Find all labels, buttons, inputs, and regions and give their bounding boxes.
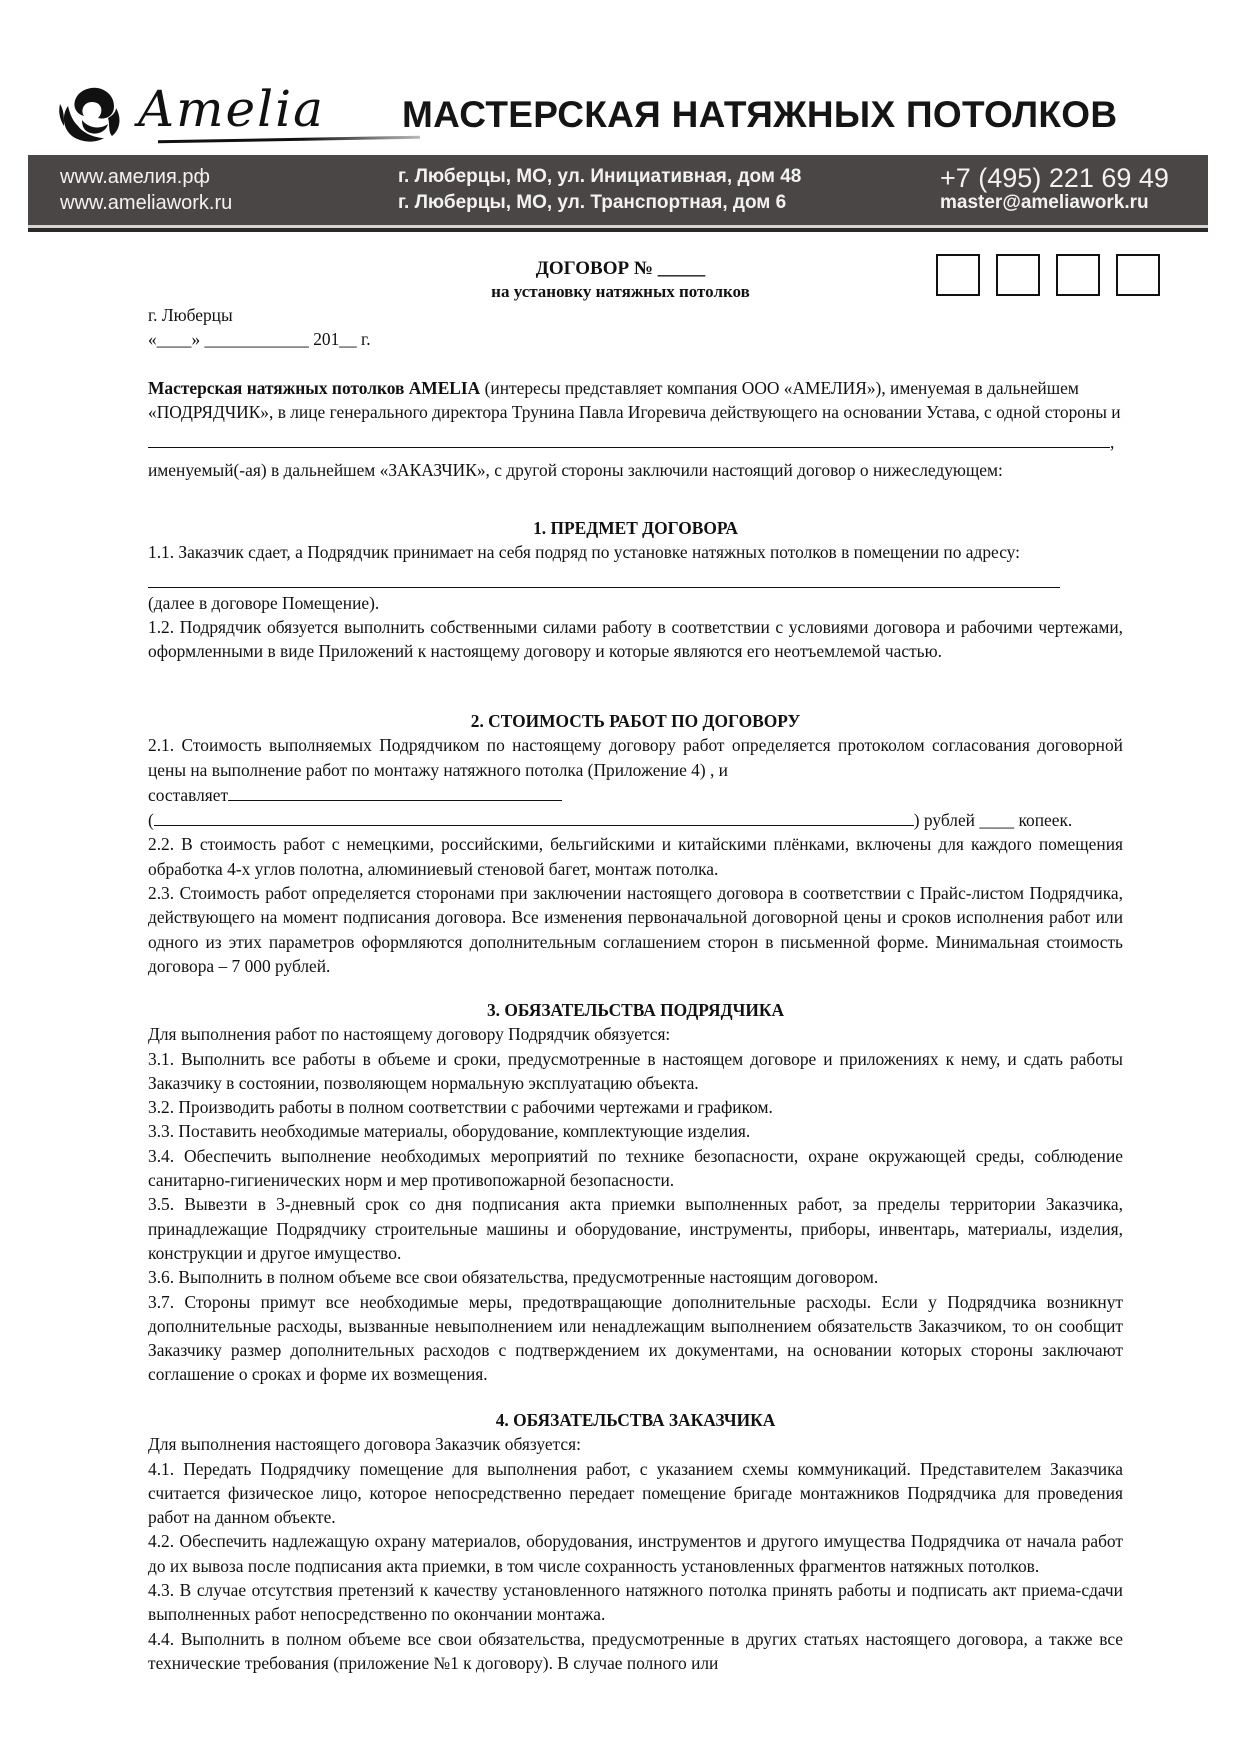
empty-checkbox[interactable] (1116, 254, 1160, 296)
section-intro: Для выполнения настоящего договора Заказ… (148, 1432, 1123, 1456)
customer-name-line: , (148, 429, 1123, 454)
websites: www.амелия.рф www.ameliawork.ru (60, 164, 232, 216)
amount-words-line: () рублей ____ копеек. (148, 807, 1123, 832)
clause-3-4: 3.4. Обеспечить выполнение необходимых м… (148, 1144, 1123, 1193)
clause-3-6: 3.6. Выполнить в полном объеме все свои … (148, 1265, 1123, 1289)
section-3: 3. ОБЯЗАТЕЛЬСТВА ПОДРЯДЧИКА Для выполнен… (148, 998, 1123, 1387)
address-field[interactable] (148, 565, 1060, 588)
customer-paragraph: именуемый(-ая) в дальнейшем «ЗАКАЗЧИК», … (148, 458, 1123, 482)
section-4: 4. ОБЯЗАТЕЛЬСТВА ЗАКАЗЧИКА Для выполнени… (148, 1408, 1123, 1675)
clause-3-2: 3.2. Производить работы в полном соответ… (148, 1095, 1123, 1119)
clause-1-2: 1.2. Подрядчик обязуется выполнить собст… (148, 615, 1123, 664)
section-heading: 3. ОБЯЗАТЕЛЬСТВА ПОДРЯДЧИКА (148, 998, 1123, 1022)
clause-1-1-tail: (далее в договоре Помещение). (148, 591, 1123, 615)
contacts: +7 (495) 221 69 49 master@ameliawork.ru (940, 164, 1169, 214)
place-date: г. Люберцы «____» ____________ 201__ г. (148, 303, 1123, 352)
amount-label: составляет (148, 785, 228, 805)
website-link[interactable]: www.амелия.рф (60, 164, 232, 190)
email-link[interactable]: master@ameliawork.ru (940, 192, 1169, 214)
rubles-text: ) рублей ____ копеек. (914, 810, 1072, 830)
section-1: 1. ПРЕДМЕТ ДОГОВОРА 1.1. Заказчик сдает,… (148, 516, 1123, 663)
amount-line: составляет (148, 782, 1123, 807)
contract-date-field[interactable]: «____» ____________ 201__ г. (148, 327, 1123, 351)
divider (28, 228, 1208, 232)
rose-icon (58, 84, 124, 146)
address: г. Люберцы, МО, ул. Инициативная, дом 48 (398, 164, 801, 190)
contact-band: www.амелия.рф www.ameliawork.ru г. Любер… (28, 155, 1208, 225)
address-line (148, 565, 1123, 591)
phone-number[interactable]: +7 (495) 221 69 49 (940, 164, 1169, 192)
section-heading: 4. ОБЯЗАТЕЛЬСТВА ЗАКАЗЧИКА (148, 1408, 1123, 1432)
clause-2-1: 2.1. Стоимость выполняемых Подрядчиком п… (148, 733, 1123, 782)
amount-field[interactable] (228, 782, 562, 801)
website-link[interactable]: www.ameliawork.ru (60, 190, 232, 216)
section-heading: 2. СТОИМОСТЬ РАБОТ ПО ДОГОВОРУ (148, 709, 1123, 733)
clause-3-3: 3.3. Поставить необходимые материалы, об… (148, 1119, 1123, 1143)
section-intro: Для выполнения работ по настоящему догов… (148, 1022, 1123, 1046)
empty-checkbox[interactable] (996, 254, 1040, 296)
amount-words-field[interactable] (154, 807, 914, 826)
clause-4-1: 4.1. Передать Подрядчику помещение для в… (148, 1457, 1123, 1530)
parties-block: Мастерская натяжных потолков AMELIA (инт… (148, 376, 1123, 482)
section-2: 2. СТОИМОСТЬ РАБОТ ПО ДОГОВОРУ 2.1. Стои… (148, 709, 1123, 978)
clause-3-1: 3.1. Выполнить все работы в объеме и сро… (148, 1047, 1123, 1096)
address: г. Люберцы, МО, ул. Транспортная, дом 6 (398, 190, 801, 216)
clause-1-1: 1.1. Заказчик сдает, а Подрядчик принима… (148, 540, 1123, 564)
letterhead-logo-row: Amelia МАСТЕРСКАЯ НАТЯЖНЫХ ПОТОЛКОВ (58, 80, 1178, 150)
empty-checkbox[interactable] (1056, 254, 1100, 296)
customer-name-field[interactable] (148, 429, 1110, 448)
clause-4-2: 4.2. Обеспечить надлежащую охрану матери… (148, 1529, 1123, 1578)
empty-checkbox[interactable] (936, 254, 980, 296)
brand-wordmark: Amelia (138, 80, 325, 138)
clause-2-2: 2.2. В стоимость работ с немецкими, росс… (148, 832, 1123, 881)
contractor-paragraph: Мастерская натяжных потолков AMELIA (инт… (148, 376, 1123, 425)
clause-4-4: 4.4. Выполнить в полном объеме все свои … (148, 1627, 1123, 1676)
section-heading: 1. ПРЕДМЕТ ДОГОВОРА (148, 516, 1123, 540)
company-name: МАСТЕРСКАЯ НАТЯЖНЫХ ПОТОЛКОВ (402, 94, 1117, 136)
clause-4-3: 4.3. В случае отсутствия претензий к кач… (148, 1578, 1123, 1627)
addresses: г. Люберцы, МО, ул. Инициативная, дом 48… (398, 164, 801, 216)
clause-2-3: 2.3. Стоимость работ определяется сторон… (148, 881, 1123, 978)
clause-3-5: 3.5. Вывезти в 3-дневный срок со дня под… (148, 1192, 1123, 1265)
contract-city: г. Люберцы (148, 303, 1123, 327)
contractor-name: Мастерская натяжных потолков AMELIA (148, 378, 480, 398)
clause-3-7: 3.7. Стороны примут все необходимые меры… (148, 1290, 1123, 1387)
checkbox-group (936, 254, 1160, 296)
